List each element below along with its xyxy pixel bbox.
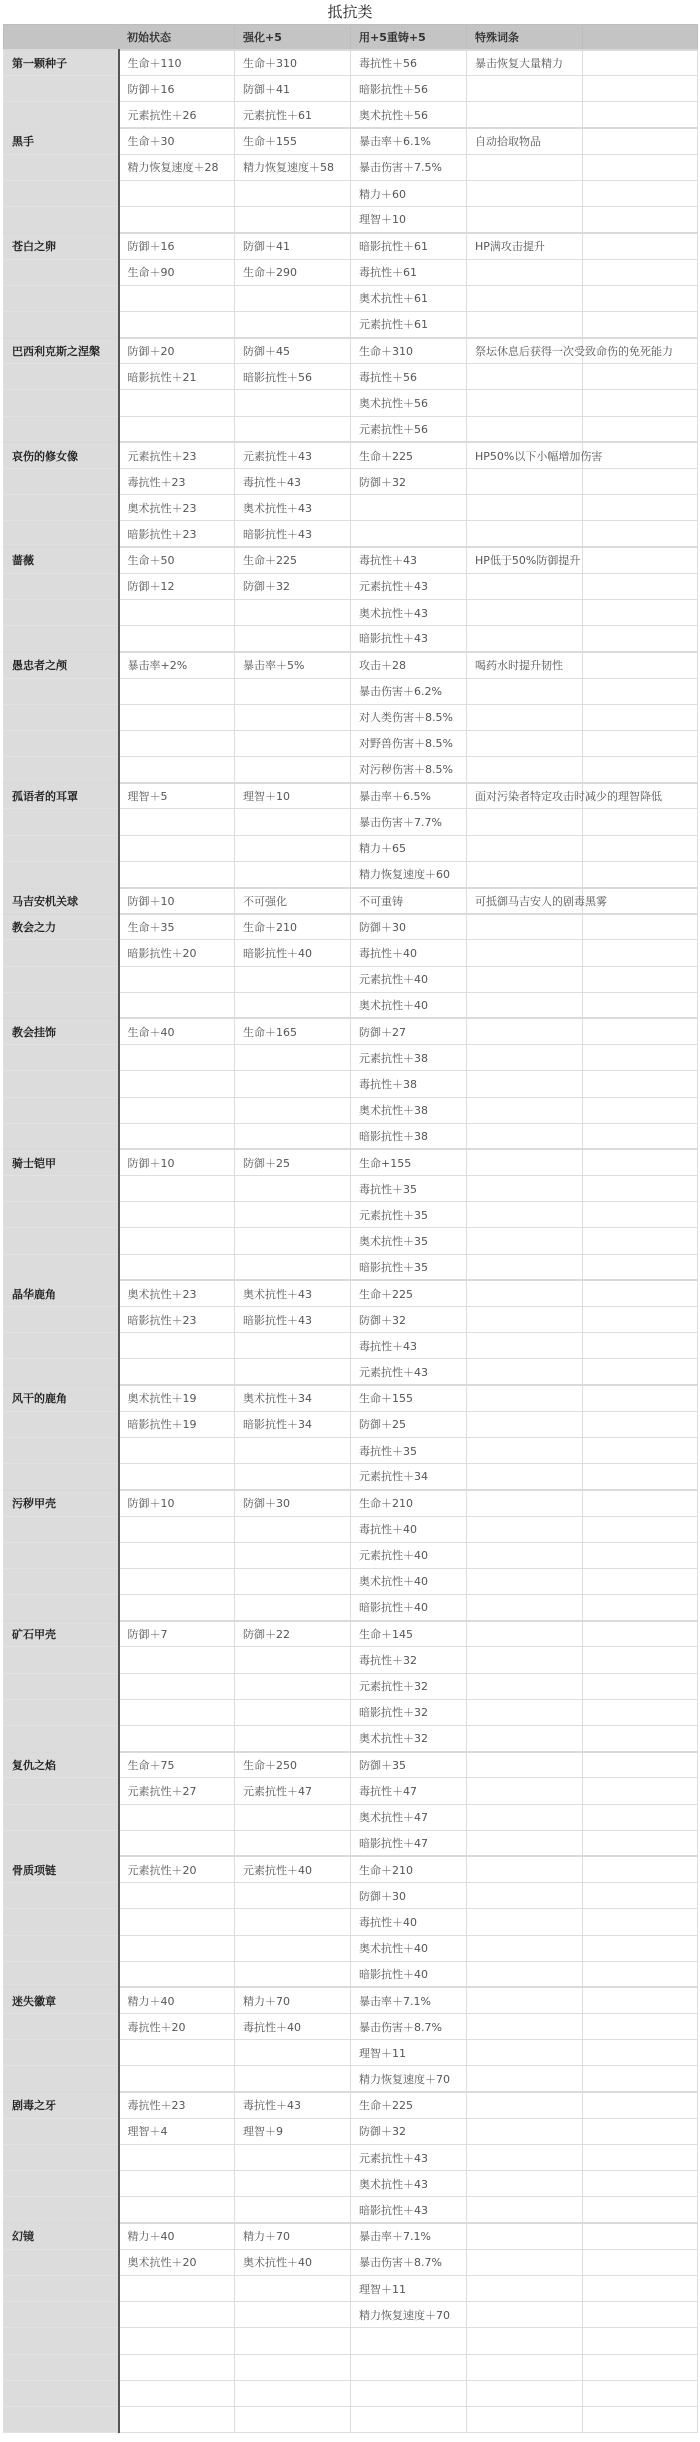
empty-cell bbox=[583, 1804, 698, 1830]
plus5-stat: 奥术抗性＋34 bbox=[235, 1385, 351, 1411]
special-effect bbox=[467, 1228, 583, 1254]
empty-cell bbox=[583, 1123, 698, 1149]
special-effect bbox=[467, 495, 583, 521]
reforge-stat bbox=[351, 2380, 467, 2406]
table-row: 暗影抗性＋43 bbox=[4, 2197, 698, 2223]
empty-cell bbox=[583, 2014, 698, 2040]
item-name-empty bbox=[4, 2171, 119, 2197]
empty-cell bbox=[583, 2040, 698, 2066]
item-name-empty bbox=[4, 521, 119, 547]
reforge-stat: 元素抗性＋40 bbox=[351, 966, 467, 992]
initial-stat bbox=[119, 704, 235, 730]
item-name-empty bbox=[4, 2302, 119, 2328]
header-empty bbox=[583, 25, 698, 50]
special-effect bbox=[467, 757, 583, 783]
table-row: 精力恢复速度＋60 bbox=[4, 861, 698, 887]
plus5-stat bbox=[235, 2406, 351, 2432]
reforge-stat: 对人类伤害＋8.5% bbox=[351, 704, 467, 730]
special-effect bbox=[467, 1385, 583, 1411]
reforge-stat: 奥术抗性＋38 bbox=[351, 1097, 467, 1123]
table-row: 暗影抗性＋40 bbox=[4, 1961, 698, 1987]
item-name: 哀伤的修女像 bbox=[4, 442, 119, 468]
plus5-stat bbox=[235, 599, 351, 625]
item-name: 污秽甲壳 bbox=[4, 1490, 119, 1516]
item-name-empty bbox=[4, 940, 119, 966]
table-row: 奥术抗性＋20奥术抗性＋40暴击伤害＋8.7% bbox=[4, 2249, 698, 2275]
empty-cell bbox=[583, 207, 698, 233]
item-name-empty bbox=[4, 285, 119, 311]
table-row: 理智＋4理智＋9防御＋32 bbox=[4, 2118, 698, 2144]
plus5-stat: 防御＋45 bbox=[235, 338, 351, 364]
table-row: 对野兽伤害＋8.5% bbox=[4, 730, 698, 756]
table-row: 迷失徽章精力＋40精力＋70暴击率＋7.1% bbox=[4, 1987, 698, 2013]
table-row: 暗影抗性＋32 bbox=[4, 1699, 698, 1725]
empty-cell bbox=[583, 2302, 698, 2328]
special-effect bbox=[467, 940, 583, 966]
table-row: 元素抗性＋38 bbox=[4, 1045, 698, 1071]
table-row: 奥术抗性＋56 bbox=[4, 390, 698, 416]
plus5-stat bbox=[235, 1935, 351, 1961]
special-effect bbox=[467, 1883, 583, 1909]
plus5-stat: 暗影抗性＋43 bbox=[235, 521, 351, 547]
initial-stat: 生命＋40 bbox=[119, 1018, 235, 1044]
special-effect bbox=[467, 1830, 583, 1856]
initial-stat bbox=[119, 757, 235, 783]
plus5-stat: 理智＋10 bbox=[235, 783, 351, 809]
plus5-stat bbox=[235, 1673, 351, 1699]
table-row: 毒抗性＋35 bbox=[4, 1176, 698, 1202]
initial-stat: 防御＋16 bbox=[119, 233, 235, 259]
plus5-stat bbox=[235, 1097, 351, 1123]
header-special-effect: 特殊词条 bbox=[467, 25, 583, 50]
plus5-stat: 生命＋155 bbox=[235, 128, 351, 154]
initial-stat bbox=[119, 992, 235, 1018]
table-row: 矿石甲壳防御＋7防御＋22生命＋145 bbox=[4, 1621, 698, 1647]
reforge-stat: 生命＋310 bbox=[351, 338, 467, 364]
table-row: 暗影抗性＋47 bbox=[4, 1830, 698, 1856]
initial-stat bbox=[119, 2354, 235, 2380]
plus5-stat: 元素抗性＋40 bbox=[235, 1856, 351, 1882]
table-row: 骨质项链元素抗性＋20元素抗性＋40生命＋210 bbox=[4, 1856, 698, 1882]
special-effect bbox=[467, 180, 583, 206]
reforge-stat: 暗影抗性＋61 bbox=[351, 233, 467, 259]
plus5-stat bbox=[235, 285, 351, 311]
plus5-stat: 毒抗性＋43 bbox=[235, 469, 351, 495]
plus5-stat: 防御＋30 bbox=[235, 1490, 351, 1516]
special-effect bbox=[467, 1307, 583, 1333]
table-row: 风干的鹿角奥术抗性＋19奥术抗性＋34生命＋155 bbox=[4, 1385, 698, 1411]
empty-cell bbox=[583, 1176, 698, 1202]
reforge-stat: 精力恢复速度＋70 bbox=[351, 2066, 467, 2092]
special-effect bbox=[467, 1699, 583, 1725]
plus5-stat bbox=[235, 1437, 351, 1463]
item-name-empty bbox=[4, 311, 119, 337]
item-name: 骨质项链 bbox=[4, 1856, 119, 1882]
special-effect: HP满攻击提升 bbox=[467, 233, 583, 259]
item-name: 巴西利克斯之涅槃 bbox=[4, 338, 119, 364]
empty-cell bbox=[583, 1883, 698, 1909]
plus5-stat bbox=[235, 1804, 351, 1830]
initial-stat: 暴击率+2% bbox=[119, 652, 235, 678]
table-row: 元素抗性＋61 bbox=[4, 311, 698, 337]
plus5-stat: 毒抗性＋40 bbox=[235, 2014, 351, 2040]
table-row: 奥术抗性＋61 bbox=[4, 285, 698, 311]
item-name: 风干的鹿角 bbox=[4, 1385, 119, 1411]
initial-stat bbox=[119, 1228, 235, 1254]
initial-stat bbox=[119, 1673, 235, 1699]
empty-cell bbox=[583, 678, 698, 704]
table-row bbox=[4, 2380, 698, 2406]
empty-cell bbox=[583, 2275, 698, 2301]
item-name-empty bbox=[4, 1359, 119, 1385]
table-row: 黑手生命＋30生命＋155暴击率＋6.1%自动拾取物品 bbox=[4, 128, 698, 154]
empty-cell bbox=[583, 1568, 698, 1594]
initial-stat bbox=[119, 1071, 235, 1097]
item-name-empty bbox=[4, 1202, 119, 1228]
reforge-stat: 毒抗性＋38 bbox=[351, 1071, 467, 1097]
item-name: 蔷薇 bbox=[4, 547, 119, 573]
initial-stat bbox=[119, 1647, 235, 1673]
table-row: 奥术抗性＋35 bbox=[4, 1228, 698, 1254]
reforge-stat: 暗影抗性＋38 bbox=[351, 1123, 467, 1149]
empty-cell bbox=[583, 390, 698, 416]
table-row: 暴击伤害＋6.2% bbox=[4, 678, 698, 704]
initial-stat: 生命＋75 bbox=[119, 1752, 235, 1778]
item-name-empty bbox=[4, 704, 119, 730]
empty-cell bbox=[583, 285, 698, 311]
item-name-empty bbox=[4, 2066, 119, 2092]
reforge-stat: 毒抗性＋56 bbox=[351, 50, 467, 76]
reforge-stat: 奥术抗性＋61 bbox=[351, 285, 467, 311]
empty-cell bbox=[583, 1516, 698, 1542]
initial-stat bbox=[119, 1097, 235, 1123]
empty-cell bbox=[583, 1595, 698, 1621]
item-name: 幻镜 bbox=[4, 2223, 119, 2249]
empty-cell bbox=[583, 1961, 698, 1987]
plus5-stat bbox=[235, 835, 351, 861]
reforge-stat: 不可重铸 bbox=[351, 888, 467, 914]
initial-stat: 防御＋20 bbox=[119, 338, 235, 364]
plus5-stat bbox=[235, 730, 351, 756]
item-name-empty bbox=[4, 1123, 119, 1149]
empty-cell bbox=[583, 1856, 698, 1882]
initial-stat bbox=[119, 730, 235, 756]
empty-cell bbox=[583, 1778, 698, 1804]
item-name-empty bbox=[4, 835, 119, 861]
table-row: 元素抗性＋40 bbox=[4, 966, 698, 992]
reforge-stat: 毒抗性＋40 bbox=[351, 940, 467, 966]
item-name-empty bbox=[4, 495, 119, 521]
empty-cell bbox=[583, 835, 698, 861]
item-name-empty bbox=[4, 1176, 119, 1202]
item-name: 骑士铠甲 bbox=[4, 1149, 119, 1175]
table-row: 精力恢复速度＋28精力恢复速度＋58暴击伤害＋7.5% bbox=[4, 154, 698, 180]
table-row: 教会挂饰生命＋40生命＋165防御＋27 bbox=[4, 1018, 698, 1044]
item-name-empty bbox=[4, 2406, 119, 2432]
special-effect bbox=[467, 1987, 583, 2013]
initial-stat bbox=[119, 1176, 235, 1202]
reforge-stat: 元素抗性＋61 bbox=[351, 311, 467, 337]
reforge-stat: 暴击伤害＋7.5% bbox=[351, 154, 467, 180]
reforge-stat: 暗影抗性＋35 bbox=[351, 1254, 467, 1280]
empty-cell bbox=[583, 2171, 698, 2197]
initial-stat bbox=[119, 1726, 235, 1752]
plus5-stat bbox=[235, 2197, 351, 2223]
initial-stat: 防御＋10 bbox=[119, 1149, 235, 1175]
special-effect bbox=[467, 2040, 583, 2066]
special-effect bbox=[467, 1018, 583, 1044]
initial-stat bbox=[119, 207, 235, 233]
empty-cell bbox=[583, 1621, 698, 1647]
reforge-stat: 防御＋27 bbox=[351, 1018, 467, 1044]
reforge-stat: 防御＋32 bbox=[351, 1307, 467, 1333]
reforge-stat: 精力恢复速度＋70 bbox=[351, 2302, 467, 2328]
plus5-stat bbox=[235, 1045, 351, 1071]
plus5-stat bbox=[235, 1542, 351, 1568]
special-effect bbox=[467, 2171, 583, 2197]
item-name: 马吉安机关球 bbox=[4, 888, 119, 914]
empty-cell bbox=[583, 469, 698, 495]
item-name-empty bbox=[4, 573, 119, 599]
initial-stat bbox=[119, 2380, 235, 2406]
plus5-stat bbox=[235, 1333, 351, 1359]
table-row: 奥术抗性＋38 bbox=[4, 1097, 698, 1123]
table-row: 精力＋65 bbox=[4, 835, 698, 861]
special-effect bbox=[467, 835, 583, 861]
plus5-stat: 奥术抗性＋40 bbox=[235, 2249, 351, 2275]
plus5-stat: 暗影抗性＋40 bbox=[235, 940, 351, 966]
special-effect bbox=[467, 259, 583, 285]
item-name-empty bbox=[4, 2040, 119, 2066]
empty-cell bbox=[583, 154, 698, 180]
special-effect bbox=[467, 2354, 583, 2380]
item-name: 矿石甲壳 bbox=[4, 1621, 119, 1647]
initial-stat: 奥术抗性＋23 bbox=[119, 495, 235, 521]
initial-stat bbox=[119, 809, 235, 835]
reforge-stat: 理智＋10 bbox=[351, 207, 467, 233]
reforge-stat: 生命＋210 bbox=[351, 1490, 467, 1516]
plus5-stat bbox=[235, 678, 351, 704]
initial-stat bbox=[119, 1830, 235, 1856]
special-effect bbox=[467, 2380, 583, 2406]
initial-stat bbox=[119, 1595, 235, 1621]
empty-cell bbox=[583, 2406, 698, 2432]
special-effect bbox=[467, 2066, 583, 2092]
empty-cell bbox=[583, 2380, 698, 2406]
empty-cell bbox=[583, 1018, 698, 1044]
empty-cell bbox=[583, 1909, 698, 1935]
initial-stat bbox=[119, 285, 235, 311]
plus5-stat bbox=[235, 207, 351, 233]
special-effect bbox=[467, 1254, 583, 1280]
empty-cell bbox=[583, 940, 698, 966]
plus5-stat bbox=[235, 1595, 351, 1621]
plus5-stat: 精力恢复速度＋58 bbox=[235, 154, 351, 180]
empty-cell bbox=[583, 416, 698, 442]
special-effect bbox=[467, 1176, 583, 1202]
plus5-stat: 防御＋22 bbox=[235, 1621, 351, 1647]
initial-stat bbox=[119, 390, 235, 416]
initial-stat: 毒抗性＋23 bbox=[119, 469, 235, 495]
item-name-empty bbox=[4, 730, 119, 756]
special-effect bbox=[467, 1595, 583, 1621]
empty-cell bbox=[583, 2092, 698, 2118]
initial-stat: 奥术抗性＋19 bbox=[119, 1385, 235, 1411]
plus5-stat bbox=[235, 1202, 351, 1228]
reforge-stat: 毒抗性＋40 bbox=[351, 1516, 467, 1542]
reforge-stat: 防御＋25 bbox=[351, 1411, 467, 1437]
table-row: 防御＋30 bbox=[4, 1883, 698, 1909]
special-effect bbox=[467, 1568, 583, 1594]
plus5-stat: 生命＋290 bbox=[235, 259, 351, 285]
empty-cell bbox=[583, 2066, 698, 2092]
item-name-empty bbox=[4, 1647, 119, 1673]
empty-cell bbox=[583, 626, 698, 652]
empty-cell bbox=[583, 1071, 698, 1097]
reforge-stat: 暴击率＋7.1% bbox=[351, 2223, 467, 2249]
empty-cell bbox=[583, 1490, 698, 1516]
special-effect bbox=[467, 2249, 583, 2275]
item-name-empty bbox=[4, 259, 119, 285]
plus5-stat: 奥术抗性＋43 bbox=[235, 495, 351, 521]
special-effect bbox=[467, 1045, 583, 1071]
item-name-empty bbox=[4, 1699, 119, 1725]
table-row: 暗影抗性＋19暗影抗性＋34防御＋25 bbox=[4, 1411, 698, 1437]
empty-cell bbox=[583, 1752, 698, 1778]
item-name-empty bbox=[4, 2197, 119, 2223]
empty-cell bbox=[583, 1699, 698, 1725]
table-row: 暗影抗性＋40 bbox=[4, 1595, 698, 1621]
item-name-empty bbox=[4, 1097, 119, 1123]
table-row: 元素抗性＋56 bbox=[4, 416, 698, 442]
initial-stat: 元素抗性＋20 bbox=[119, 1856, 235, 1882]
table-row: 哀伤的修女像元素抗性＋23元素抗性＋43生命＋225HP50%以下小幅增加伤害 bbox=[4, 442, 698, 468]
initial-stat: 元素抗性＋27 bbox=[119, 1778, 235, 1804]
plus5-stat bbox=[235, 2380, 351, 2406]
item-name: 第一颗种子 bbox=[4, 50, 119, 76]
initial-stat: 奥术抗性＋23 bbox=[119, 1280, 235, 1306]
table-row bbox=[4, 2354, 698, 2380]
initial-stat: 精力恢复速度＋28 bbox=[119, 154, 235, 180]
special-effect: 可抵御马吉安人的剧毒黑雾 bbox=[467, 888, 583, 914]
reforge-stat: 元素抗性＋43 bbox=[351, 2145, 467, 2171]
empty-cell bbox=[583, 1935, 698, 1961]
table-row: 教会之力生命＋35生命＋210防御＋30 bbox=[4, 914, 698, 940]
special-effect bbox=[467, 154, 583, 180]
reforge-stat: 奥术抗性＋35 bbox=[351, 1228, 467, 1254]
empty-cell bbox=[583, 1726, 698, 1752]
table-row: 剧毒之牙毒抗性＋23毒抗性＋43生命＋225 bbox=[4, 2092, 698, 2118]
item-name-empty bbox=[4, 1307, 119, 1333]
reforge-stat: 毒抗性＋43 bbox=[351, 1333, 467, 1359]
empty-cell bbox=[583, 547, 698, 573]
reforge-stat: 生命＋155 bbox=[351, 1385, 467, 1411]
table-row: 暗影抗性＋20暗影抗性＋40毒抗性＋40 bbox=[4, 940, 698, 966]
special-effect: 暴击恢复大量精力 bbox=[467, 50, 583, 76]
table-row bbox=[4, 2328, 698, 2354]
empty-cell bbox=[583, 1673, 698, 1699]
empty-cell bbox=[583, 1280, 698, 1306]
reforge-stat: 生命＋210 bbox=[351, 1856, 467, 1882]
reforge-stat: 理智＋11 bbox=[351, 2275, 467, 2301]
item-name-empty bbox=[4, 180, 119, 206]
plus5-stat bbox=[235, 1647, 351, 1673]
reforge-stat: 生命＋145 bbox=[351, 1621, 467, 1647]
reforge-stat: 元素抗性＋40 bbox=[351, 1542, 467, 1568]
initial-stat bbox=[119, 1045, 235, 1071]
plus5-stat bbox=[235, 809, 351, 835]
item-name-empty bbox=[4, 364, 119, 390]
item-name-empty bbox=[4, 154, 119, 180]
reforge-stat: 理智＋11 bbox=[351, 2040, 467, 2066]
special-effect bbox=[467, 573, 583, 599]
empty-cell bbox=[583, 521, 698, 547]
reforge-stat: 防御＋32 bbox=[351, 2118, 467, 2144]
empty-cell bbox=[583, 1830, 698, 1856]
item-name-empty bbox=[4, 1778, 119, 1804]
special-effect bbox=[467, 76, 583, 102]
initial-stat bbox=[119, 311, 235, 337]
special-effect bbox=[467, 2197, 583, 2223]
reforge-stat: 元素抗性＋38 bbox=[351, 1045, 467, 1071]
special-effect bbox=[467, 469, 583, 495]
empty-cell bbox=[583, 757, 698, 783]
special-effect bbox=[467, 416, 583, 442]
item-name-empty bbox=[4, 599, 119, 625]
empty-cell bbox=[583, 102, 698, 128]
special-effect bbox=[467, 1804, 583, 1830]
reforge-stat bbox=[351, 2328, 467, 2354]
special-effect bbox=[467, 1202, 583, 1228]
plus5-stat: 理智＋9 bbox=[235, 2118, 351, 2144]
item-name-empty bbox=[4, 2145, 119, 2171]
special-effect bbox=[467, 2092, 583, 2118]
empty-cell bbox=[583, 1411, 698, 1437]
initial-stat bbox=[119, 1254, 235, 1280]
empty-cell bbox=[583, 652, 698, 678]
plus5-stat bbox=[235, 1464, 351, 1490]
reforge-stat: 对污秽伤害＋8.5% bbox=[351, 757, 467, 783]
initial-stat bbox=[119, 966, 235, 992]
initial-stat bbox=[119, 2040, 235, 2066]
empty-cell bbox=[583, 311, 698, 337]
empty-cell bbox=[583, 233, 698, 259]
special-effect bbox=[467, 1516, 583, 1542]
empty-cell bbox=[583, 1987, 698, 2013]
initial-stat: 理智＋4 bbox=[119, 2118, 235, 2144]
reforge-stat bbox=[351, 495, 467, 521]
table-header-row: 初始状态 强化+5 用+5重铸+5 特殊词条 bbox=[4, 25, 698, 50]
reforge-stat: 防御＋32 bbox=[351, 469, 467, 495]
table-row: 理智＋11 bbox=[4, 2040, 698, 2066]
initial-stat bbox=[119, 1699, 235, 1725]
initial-stat bbox=[119, 1542, 235, 1568]
reforge-stat: 精力＋60 bbox=[351, 180, 467, 206]
item-name-empty bbox=[4, 390, 119, 416]
plus5-stat: 生命＋210 bbox=[235, 914, 351, 940]
reforge-stat: 生命＋225 bbox=[351, 442, 467, 468]
initial-stat: 理智＋5 bbox=[119, 783, 235, 809]
initial-stat bbox=[119, 1909, 235, 1935]
special-effect: 喝药水时提升韧性 bbox=[467, 652, 583, 678]
initial-stat: 毒抗性＋23 bbox=[119, 2092, 235, 2118]
plus5-stat bbox=[235, 180, 351, 206]
plus5-stat bbox=[235, 1699, 351, 1725]
table-row: 奥术抗性＋23奥术抗性＋43 bbox=[4, 495, 698, 521]
special-effect bbox=[467, 2328, 583, 2354]
plus5-stat bbox=[235, 2354, 351, 2380]
reforge-stat: 奥术抗性＋40 bbox=[351, 1935, 467, 1961]
